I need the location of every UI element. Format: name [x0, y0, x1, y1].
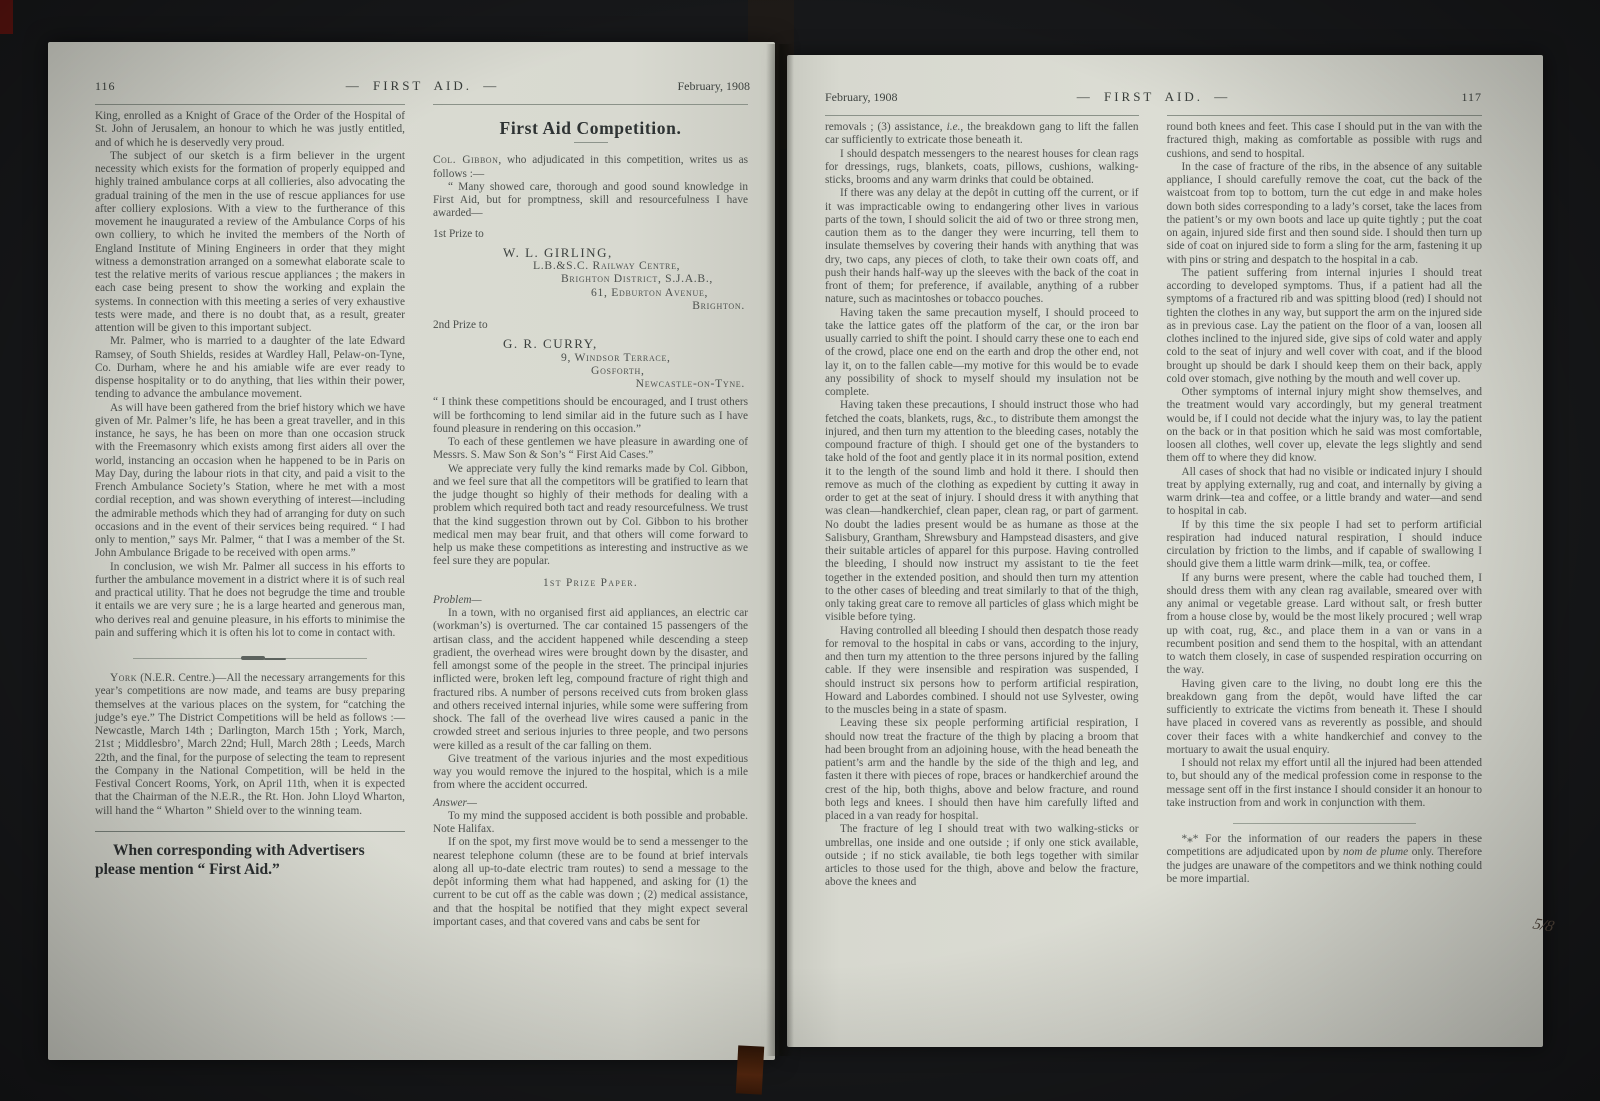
paragraph: Having given care to the living, no doub…	[1167, 678, 1483, 758]
issue-date: February, 1908	[825, 90, 898, 105]
problem-label: Problem—	[433, 594, 748, 607]
paragraph: Give treatment of the various injuries a…	[433, 753, 748, 793]
paragraph: Having taken these precautions, I should…	[825, 399, 1139, 624]
divider-rule	[95, 831, 405, 832]
prize-winner-address: Gosforth,	[433, 364, 748, 377]
journal-title: — FIRST AID. —	[346, 78, 500, 94]
page-116: 116 — FIRST AID. — February, 1908 King, …	[48, 42, 775, 1060]
paragraph: Other symptoms of internal injury might …	[1167, 386, 1483, 466]
paragraph: The fracture of leg I should treat with …	[825, 823, 1139, 889]
paragraph: Col. Gibbon, who adjudicated in this com…	[433, 154, 748, 181]
paragraph: York (N.E.R. Centre.)—All the necessary …	[95, 672, 405, 818]
paragraph: I should despatch messengers to the near…	[825, 148, 1139, 188]
binding-ribbon	[736, 1045, 764, 1094]
paragraph: We appreciate very fully the kind remark…	[433, 463, 748, 569]
paragraph: removals ; (3) assistance, i.e., the bre…	[825, 121, 1139, 148]
paragraph: The subject of our sketch is a firm beli…	[95, 150, 405, 336]
advertisers-notice: When corresponding with Advertisers plea…	[95, 841, 405, 880]
paragraph: Leaving these six people performing arti…	[825, 717, 1139, 823]
paragraph: The patient suffering from internal inju…	[1167, 267, 1483, 386]
page-number: 117	[1461, 90, 1482, 105]
prize-winner-address: Brighton.	[433, 299, 748, 312]
paragraph: In the case of fracture of the ribs, in …	[1167, 161, 1483, 267]
prize-winner-address: Newcastle-on-Tyne.	[433, 377, 748, 390]
paragraph: As will have been gathered from the brie…	[95, 402, 405, 561]
paragraph: If by this time the six people I had set…	[1167, 519, 1483, 572]
book-cover-edge	[0, 0, 13, 34]
article-title: First Aid Competition.	[433, 122, 748, 135]
title-rule	[574, 142, 608, 143]
handwritten-annotation: 5/8	[1530, 916, 1556, 937]
paragraph: To my mind the supposed accident is both…	[433, 810, 748, 837]
section-heading: 1st Prize Paper.	[433, 577, 748, 590]
paragraph: If any burns were present, where the cab…	[1167, 572, 1483, 678]
page-number: 116	[95, 79, 116, 94]
page-117-column-2: round both knees and feet. This case I s…	[1167, 115, 1483, 890]
paragraph: To each of these gentlemen we have pleas…	[433, 436, 748, 463]
editorial-footnote: *⁎* For the information of our readers t…	[1167, 833, 1483, 886]
prize-winner-name: W. L. GIRLING,	[433, 246, 748, 259]
paragraph: If there was any delay at the depôt in c…	[825, 187, 1139, 306]
prize-label: 1st Prize to	[433, 228, 748, 241]
paragraph: In conclusion, we wish Mr. Palmer all su…	[95, 561, 405, 641]
section-divider	[133, 650, 367, 666]
prize-winner-address: 61, Edburton Avenue,	[433, 286, 748, 299]
paragraph: Having taken the same precaution myself,…	[825, 307, 1139, 400]
divider-rule	[1233, 823, 1416, 824]
prize-winner-address: Brighton District, S.J.A.B.,	[433, 272, 748, 285]
prize-winner-address: 9, Windsor Terrace,	[433, 351, 748, 364]
paragraph: King, enrolled as a Knight of Grace of t…	[95, 110, 405, 150]
prize-winner-name: G. R. CURRY,	[433, 337, 748, 350]
page-117-column-1: removals ; (3) assistance, i.e., the bre…	[825, 115, 1139, 890]
paragraph: All cases of shock that had no visible o…	[1167, 466, 1483, 519]
page-116-column-1: King, enrolled as a Knight of Grace of t…	[95, 104, 405, 929]
paragraph: I should not relax my effort until all t…	[1167, 757, 1483, 810]
paragraph: “ I think these competitions should be e…	[433, 396, 748, 436]
prize-label: 2nd Prize to	[433, 319, 748, 332]
prize-winner-address: L.B.&S.C. Railway Centre,	[433, 259, 748, 272]
paragraph: “ Many showed care, thorough and good so…	[433, 181, 748, 221]
paragraph: round both knees and feet. This case I s…	[1167, 121, 1483, 161]
paragraph: Mr. Palmer, who is married to a daughter…	[95, 335, 405, 401]
page-117: February, 1908 — FIRST AID. — 117 remova…	[787, 55, 1543, 1047]
paragraph: In a town, with no organised first aid a…	[433, 607, 748, 753]
answer-label: Answer—	[433, 797, 748, 810]
paragraph: Having controlled all bleeding I should …	[825, 625, 1139, 718]
issue-date: February, 1908	[677, 79, 750, 94]
book-photo: 116 — FIRST AID. — February, 1908 King, …	[0, 0, 1600, 1101]
journal-title: — FIRST AID. —	[1077, 89, 1231, 105]
page-header: 116 — FIRST AID. — February, 1908	[95, 78, 750, 104]
paragraph: If on the spot, my first move would be t…	[433, 836, 748, 929]
page-header: February, 1908 — FIRST AID. — 117	[825, 89, 1482, 115]
page-116-column-2: First Aid Competition.Col. Gibbon, who a…	[433, 104, 748, 929]
